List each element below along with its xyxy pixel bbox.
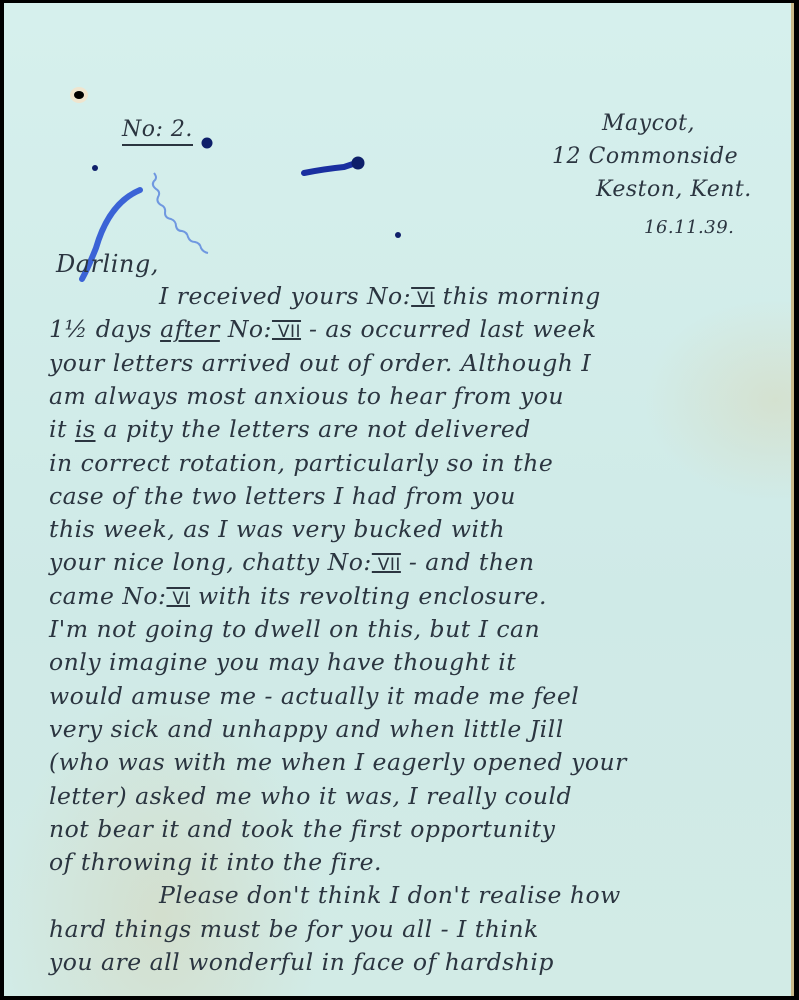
text-run: case of the two letters I had from you [49,482,516,510]
text-run: a pity the letters are not delivered [96,415,531,443]
text-run: hard things must be for you all - I thin… [49,915,539,943]
letter-body-line: I'm not going to dwell on this, but I ca… [49,618,540,642]
ink-dot [395,232,401,238]
text-run: (who was with me when I eagerly opened y… [49,748,627,776]
text-run: not bear it and took the first opportuni… [49,815,555,843]
address-line: 12 Commonside [552,144,738,169]
underlined-word: after [160,315,220,343]
letter-body-line: Please don't think I don't realise how [159,884,621,908]
ink-dot [202,138,213,149]
letter-body-line: very sick and unhappy and when little Ji… [49,718,564,742]
text-run: only imagine you may have thought it [49,648,516,676]
scan-border [0,996,799,1000]
letter-body-line: your letters arrived out of order. Altho… [49,352,591,376]
letter-body-line: hard things must be for you all - I thin… [49,918,539,942]
text-run: came No: [49,582,166,610]
text-run: am always most anxious to hear from you [49,382,564,410]
ink-streak [304,163,356,173]
text-run: your letters arrived out of order. Altho… [49,349,591,377]
letter-page: No: 2. Maycot, 12 Commonside Keston, Ken… [4,3,794,996]
ink-blot [352,157,365,170]
text-run: Please don't think I don't realise how [159,881,621,909]
letter-body-line: am always most anxious to hear from you [49,385,564,409]
letter-body-line: (who was with me when I eagerly opened y… [49,751,627,775]
address-line: Maycot, [602,111,695,136]
roman-numeral: VI [411,289,435,309]
letter-body-line: 1½ days after No: VII - as occurred last… [49,318,597,342]
address-line: Keston, Kent. [596,177,752,202]
letter-body-line: came No: VI with its revolting enclosure… [49,585,547,609]
letter-number: No: 2. [122,117,193,146]
letter-body-line: I received yours No: VI this morning [159,285,601,309]
text-run: of throwing it into the fire. [49,848,382,876]
letter-body-line: case of the two letters I had from you [49,485,516,509]
letter-body-line: you are all wonderful in face of hardshi… [49,951,554,975]
letter-body-line: not bear it and took the first opportuni… [49,818,555,842]
letter-body-line: letter) asked me who it was, I really co… [49,785,572,809]
text-run: I received yours No: [159,282,411,310]
text-run: - as occurred last week [301,315,597,343]
letter-date: 16.11.39. [644,217,734,238]
salutation: Darling, [56,250,159,278]
letter-body-line: in correct rotation, particularly so in … [49,452,553,476]
letter-body-line: only imagine you may have thought it [49,651,516,675]
letter-body-line: would amuse me - actually it made me fee… [49,685,579,709]
squiggle-mark [153,173,208,253]
text-run: very sick and unhappy and when little Ji… [49,715,564,743]
text-run: it [49,415,75,443]
letter-body-line: this week, as I was very bucked with [49,518,505,542]
roman-numeral: VI [166,589,190,609]
underlined-word: is [75,415,96,443]
roman-numeral: VII [272,322,301,342]
roman-numeral: VII [372,555,401,575]
text-run: would amuse me - actually it made me fee… [49,682,579,710]
text-run: with its revolting enclosure. [190,582,547,610]
text-run: in correct rotation, particularly so in … [49,449,553,477]
letter-body-line: your nice long, chatty No: VII - and the… [49,551,535,575]
text-run: this morning [435,282,601,310]
text-run: 1½ days [49,315,160,343]
letter-body-line: of throwing it into the fire. [49,851,382,875]
text-run: this week, as I was very bucked with [49,515,505,543]
text-run: No: [220,315,272,343]
ink-dot [92,165,98,171]
text-run: I'm not going to dwell on this, but I ca… [49,615,540,643]
letter-body-line: it is a pity the letters are not deliver… [49,418,531,442]
text-run: your nice long, chatty No: [49,548,372,576]
text-run: - and then [401,548,535,576]
text-run: you are all wonderful in face of hardshi… [49,948,554,976]
text-run: letter) asked me who it was, I really co… [49,782,572,810]
